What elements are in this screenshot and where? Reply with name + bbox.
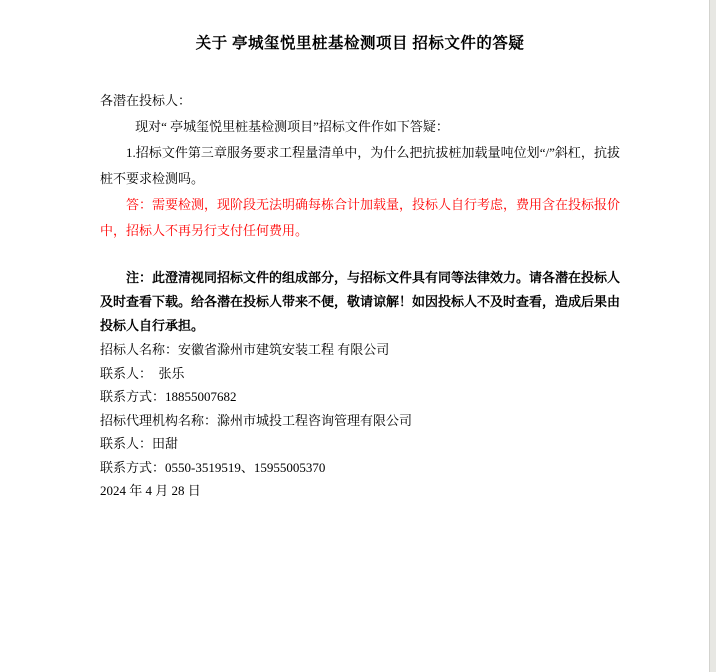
intro-paragraph: 现对“ 亭城玺悦里桩基检测项目”招标文件作如下答疑： bbox=[100, 114, 620, 140]
agency-phone-line: 联系方式：0550-3519519、15955005370 bbox=[100, 456, 620, 480]
question-paragraph: 1.招标文件第三章服务要求工程量清单中，为什么把抗拔桩加载量吨位划“/”斜杠，抗… bbox=[100, 140, 620, 192]
paragraph-gap bbox=[100, 244, 620, 266]
date-line: 2024 年 4 月 28 日 bbox=[100, 479, 620, 503]
document-title: 关于 亭城玺悦里桩基检测项目 招标文件的答疑 bbox=[100, 33, 620, 55]
tenderer-phone-line: 联系方式：18855007682 bbox=[100, 385, 620, 409]
tenderer-name-line: 招标人名称：安徽省滁州市建筑安装工程 有限公司 bbox=[100, 338, 620, 362]
agency-name-line: 招标代理机构名称：滁州市城投工程咨询管理有限公司 bbox=[100, 409, 620, 433]
scrollbar-track[interactable] bbox=[709, 0, 716, 672]
agency-contact-line: 联系人：田甜 bbox=[100, 432, 620, 456]
document-page: 关于 亭城玺悦里桩基检测项目 招标文件的答疑 各潜在投标人： 现对“ 亭城玺悦里… bbox=[0, 0, 716, 672]
tenderer-contact-line: 联系人： 张乐 bbox=[100, 362, 620, 386]
document-content: 关于 亭城玺悦里桩基检测项目 招标文件的答疑 各潜在投标人： 现对“ 亭城玺悦里… bbox=[100, 33, 620, 503]
answer-paragraph: 答：需要检测，现阶段无法明确每栋合计加载量，投标人自行考虑，费用含在投标报价中，… bbox=[100, 192, 620, 244]
note-paragraph: 注：此澄清视同招标文件的组成部分，与招标文件具有同等法律效力。请各潜在投标人及时… bbox=[100, 266, 620, 338]
salutation-line: 各潜在投标人： bbox=[100, 88, 620, 114]
